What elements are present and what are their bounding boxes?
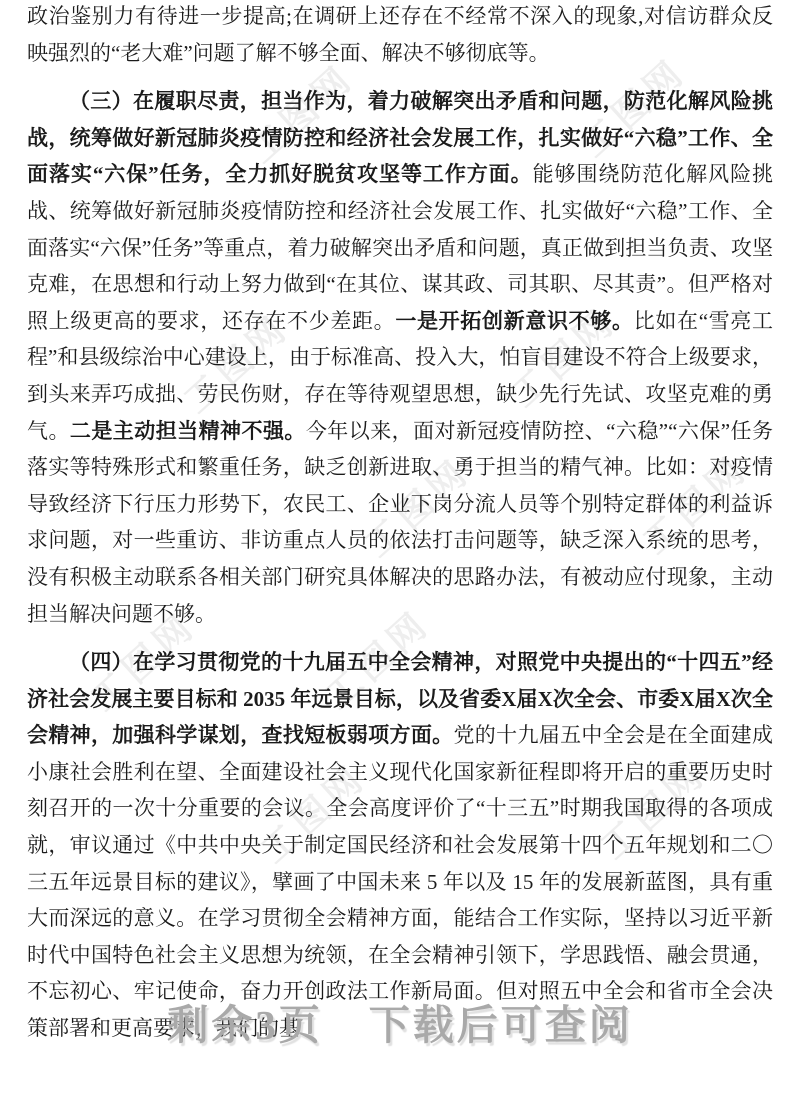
- download-hint-label: 下载后可查阅: [369, 992, 633, 1051]
- remaining-pages-label: 剩余3页: [167, 992, 323, 1051]
- preview-footer: 剩余3页 下载后可查阅: [0, 992, 800, 1051]
- paragraph-segment: 今年以来，面对新冠疫情防控、“六稳”“六保”任务落实等特殊形式和繁重任务，缺乏创…: [27, 419, 773, 626]
- paragraph-segment-bold: 一是开拓创新意识不够。: [395, 309, 633, 333]
- paragraph: 政治鉴别力有待进一步提高;在调研上还存在不经常不深入的现象,对信访群众反映强烈的…: [27, 0, 773, 71]
- paragraph: （四）在学习贯彻党的十九届五中全会精神，对照党中央提出的“十四五”经济社会发展主…: [27, 644, 773, 1047]
- paragraph-segment-bold: 二是主动担当精神不强。: [70, 419, 306, 443]
- document-page: 工图网工图网工图网工图网工图网工图网工图网工图网工图网工图网 政治鉴别力有待进一…: [0, 0, 800, 1094]
- paragraph: （三）在履职尽责，担当作为，着力破解突出矛盾和问题，防范化解风险挑战，统筹做好新…: [27, 83, 773, 632]
- paragraph-segment: 政治鉴别力有待进一步提高;在调研上还存在不经常不深入的现象,对信访群众反映强烈的…: [27, 4, 773, 65]
- paragraph-segment: 能够围绕防范化解风险挑战、统筹做好新冠肺炎疫情防控和经济社会发展工作、扎实做好“…: [27, 162, 773, 332]
- document-content: 政治鉴别力有待进一步提高;在调研上还存在不经常不深入的现象,对信访群众反映强烈的…: [27, 0, 773, 1047]
